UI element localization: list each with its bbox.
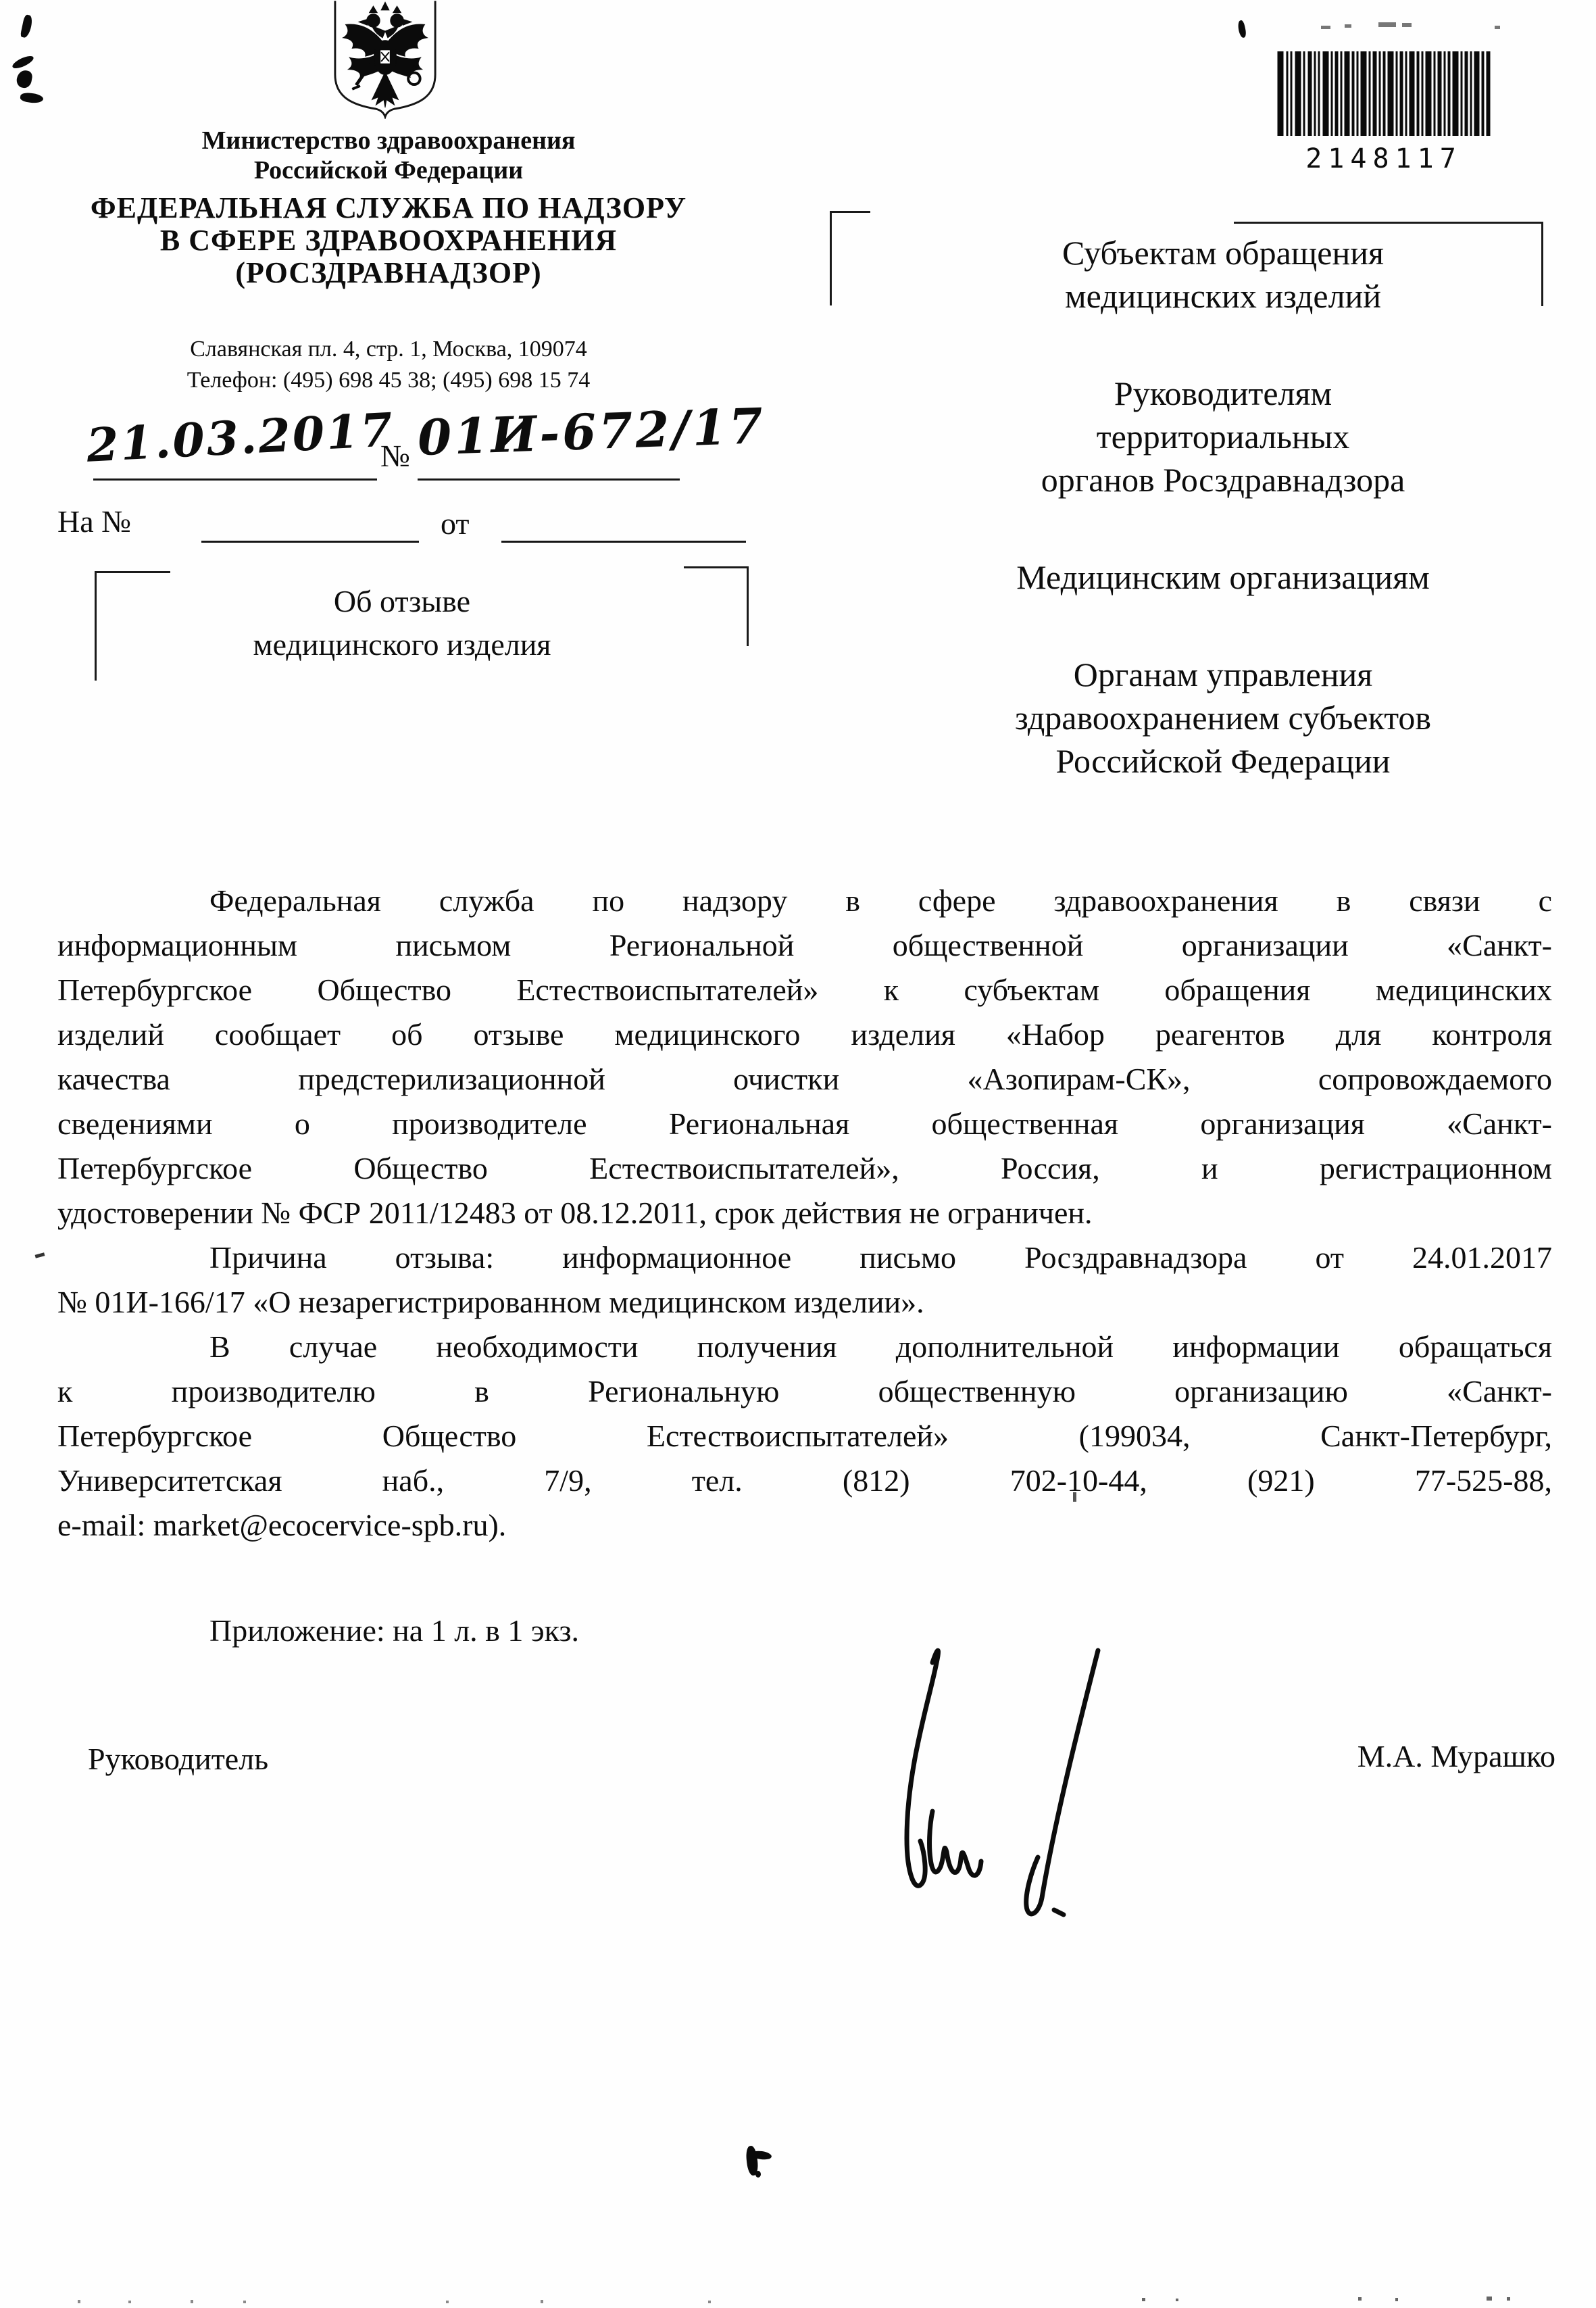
scan-artifact xyxy=(1073,1492,1076,1502)
scan-artifact xyxy=(16,69,33,89)
body-line: удостоверении № ФСР 2011/12483 от 08.12.… xyxy=(57,1191,1552,1235)
signatory-title: Руководитель xyxy=(88,1741,268,1777)
body-line: Университетская наб., 7/9, тел. (812) 70… xyxy=(57,1458,1552,1503)
service-contacts: Славянская пл. 4, стр. 1, Москва, 109074… xyxy=(61,334,716,396)
recipient-line: здравоохранением субъектов xyxy=(919,696,1527,739)
scan-speckle xyxy=(1507,2297,1510,2301)
service-name-line: В СФЕРЕ ЗДРАВООХРАНЕНИЯ xyxy=(51,224,726,257)
body-line: качества предстерилизационной очистки «А… xyxy=(57,1057,1552,1102)
service-name-line: (РОСЗДРАВНАДЗОР) xyxy=(51,257,726,289)
recipient-line: Органам управления xyxy=(919,653,1527,696)
scan-speckle xyxy=(1142,2298,1145,2301)
recipient-line: Медицинским организациям xyxy=(919,556,1527,599)
scan-artifact xyxy=(35,1252,45,1258)
scan-speckle xyxy=(1395,2298,1398,2301)
scan-artifact xyxy=(1345,24,1351,28)
recipient-line: территориальных xyxy=(919,415,1527,458)
body-line: информационным письмом Региональной обще… xyxy=(57,923,1552,968)
scan-artifact xyxy=(1402,23,1412,27)
recipients-bracket-left xyxy=(830,211,870,305)
scan-speckle xyxy=(1487,2297,1492,2301)
service-phone: Телефон: (495) 698 45 38; (495) 698 15 7… xyxy=(61,365,716,396)
body-line: Причина отзыва: информационное письмо Ро… xyxy=(57,1235,1552,1280)
recipients-list: Субъектам обращения медицинских изделий … xyxy=(919,231,1527,837)
scan-artifact xyxy=(11,53,35,70)
ministry-name-line: Российской Федерации xyxy=(61,155,716,185)
handwritten-number: 01И-672/17 xyxy=(417,397,767,466)
body-line: № 01И-166/17 «О незарегистрированном мед… xyxy=(57,1280,1552,1325)
body-line: к производителю в Региональную обществен… xyxy=(57,1369,1552,1414)
subject: Об отзыве медицинского изделия xyxy=(101,580,703,666)
barcode-number: 2148117 xyxy=(1277,143,1491,174)
service-name: ФЕДЕРАЛЬНАЯ СЛУЖБА ПО НАДЗОРУ В СФЕРЕ ЗД… xyxy=(51,192,726,289)
number-underline xyxy=(418,478,680,481)
body-line: Петербургское Общество Естествоиспытател… xyxy=(57,1414,1552,1458)
body-line: Федеральная служба по надзору в сфере зд… xyxy=(57,879,1552,923)
body-line: Петербургское Общество Естествоиспытател… xyxy=(57,1146,1552,1191)
handwritten-date: 21.03.2017 xyxy=(85,403,395,473)
recipient-line: органов Росздравнадзора xyxy=(919,458,1527,501)
scan-speckle xyxy=(1358,2297,1362,2301)
barcode-block: 2148117 xyxy=(1277,51,1491,174)
service-address: Славянская пл. 4, стр. 1, Москва, 109074 xyxy=(61,334,716,365)
body-line: Петербургское Общество Естествоиспытател… xyxy=(57,968,1552,1012)
body-line: В случае необходимости получения дополни… xyxy=(57,1325,1552,1369)
ink-blot xyxy=(755,2171,761,2178)
body-line: e-mail: market@ecocervice-spb.ru). xyxy=(57,1503,1552,1548)
attachment-note: Приложение: на 1 л. в 1 экз. xyxy=(209,1613,579,1648)
ministry-name-line: Министерство здравоохранения xyxy=(61,126,716,155)
scan-artifact xyxy=(1378,22,1396,27)
body-text: Федеральная служба по надзору в сфере зд… xyxy=(57,879,1552,1548)
recipient-line: Российской Федерации xyxy=(919,739,1527,783)
reply-from-underline xyxy=(501,541,746,543)
subject-line: медицинского изделия xyxy=(101,623,703,666)
reply-number-label: На № xyxy=(57,504,131,539)
recipient-line: Субъектам обращения xyxy=(919,231,1527,274)
body-line: изделий сообщает об отзыве медицинского … xyxy=(57,1012,1552,1057)
russia-coat-of-arms-icon xyxy=(332,0,438,119)
scan-speckle xyxy=(191,2300,193,2303)
scan-speckle xyxy=(708,2301,711,2303)
service-name-line: ФЕДЕРАЛЬНАЯ СЛУЖБА ПО НАДЗОРУ xyxy=(51,192,726,224)
recipient-group: Органам управления здравоохранением субъ… xyxy=(919,653,1527,783)
recipient-line: Руководителям xyxy=(919,372,1527,415)
scan-artifact xyxy=(20,92,44,105)
scan-artifact xyxy=(1321,26,1330,29)
scan-artifact xyxy=(20,14,34,39)
date-underline xyxy=(93,478,377,481)
recipient-group: Медицинским организациям xyxy=(919,556,1527,599)
scan-speckle xyxy=(541,2300,543,2303)
subject-line: Об отзыве xyxy=(101,580,703,623)
scan-speckle xyxy=(243,2301,246,2303)
barcode-icon xyxy=(1277,51,1491,136)
recipient-group: Руководителям территориальных органов Ро… xyxy=(919,372,1527,501)
scan-speckle xyxy=(1176,2299,1178,2301)
scan-speckle xyxy=(128,2301,131,2303)
signatory-name: М.А. Мурашко xyxy=(1284,1738,1555,1774)
reply-from-label: от xyxy=(441,506,470,541)
scanned-letter-page: Министерство здравоохранения Российской … xyxy=(0,0,1596,2308)
scan-artifact xyxy=(1237,20,1247,39)
ministry-name: Министерство здравоохранения Российской … xyxy=(61,126,716,185)
scan-speckle xyxy=(78,2300,80,2303)
scan-artifact xyxy=(1495,26,1500,29)
reply-number-underline xyxy=(201,541,419,543)
recipient-line: медицинских изделий xyxy=(919,274,1527,318)
number-label: № xyxy=(380,438,410,474)
recipient-group: Субъектам обращения медицинских изделий xyxy=(919,231,1527,318)
body-line: сведениями о производителе Региональная … xyxy=(57,1102,1552,1146)
scan-speckle xyxy=(446,2301,449,2303)
handwritten-signature-icon xyxy=(831,1642,1122,1926)
